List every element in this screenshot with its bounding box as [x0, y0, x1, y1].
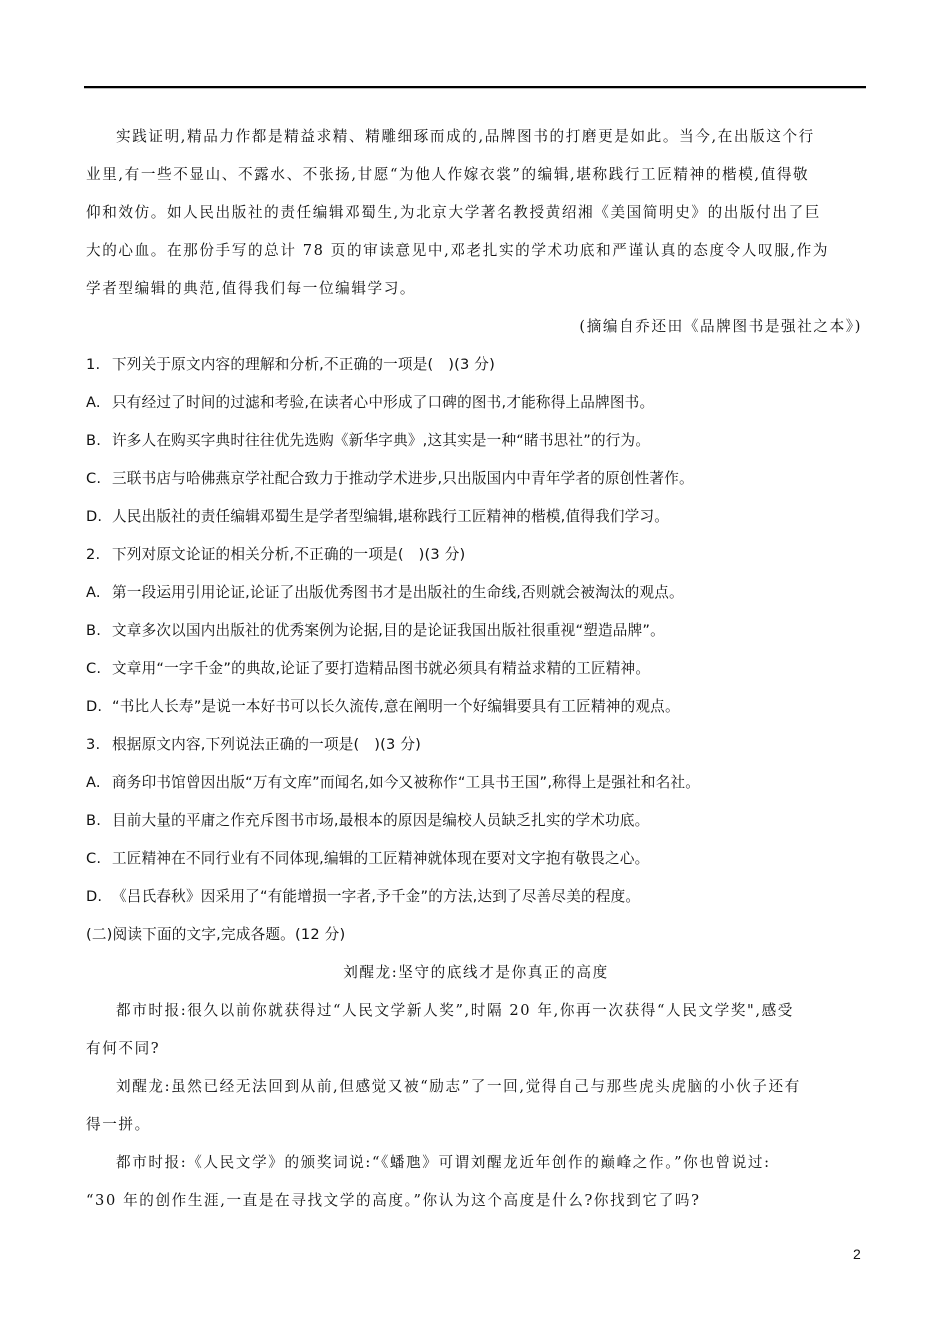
option-text: 目前大量的平庸之作充斥图书市场,最根本的原因是编校人员缺乏扎实的学术功底。 — [112, 812, 649, 829]
section-heading: (二)阅读下面的文字,完成各题。(12 分) — [86, 916, 866, 954]
option-d: D.《吕氏春秋》因采用了“有能增损一字者,予千金”的方法,达到了尽善尽美的程度。 — [86, 878, 866, 916]
option-text: 文章多次以国内出版社的优秀案例为论据,目的是论证我国出版社很重视“塑造品牌”。 — [112, 622, 665, 639]
interview-paragraph: 都市时报:《人民文学》的颁奖词说:“《蟠虺》可谓刘醒龙近年创作的巅峰之作。”你也… — [86, 1144, 866, 1220]
option-b: B.目前大量的平庸之作充斥图书市场,最根本的原因是编校人员缺乏扎实的学术功底。 — [86, 802, 866, 840]
section-two: (二)阅读下面的文字,完成各题。(12 分) 刘醒龙:坚守的底线才是你真正的高度… — [86, 916, 866, 1220]
article-title: 刘醒龙:坚守的底线才是你真正的高度 — [86, 954, 866, 992]
option-label: C. — [86, 650, 112, 688]
question-text: 根据原文内容,下列说法正确的一项是( )(3 分) — [112, 736, 421, 753]
question-number: 1. — [86, 346, 112, 384]
paragraph-line: 都市时报:很久以前你就获得过“人民文学新人奖”,时隔 20 年,你再一次获得“人… — [86, 992, 866, 1030]
paragraph-line: 得一拼。 — [86, 1106, 866, 1144]
passage-line: 学者型编辑的典范,值得我们每一位编辑学习。 — [86, 270, 866, 308]
question-number: 3. — [86, 726, 112, 764]
question-stem: 1.下列关于原文内容的理解和分析,不正确的一项是( )(3 分) — [86, 346, 866, 384]
header-rule — [84, 86, 866, 89]
option-text: 工匠精神在不同行业有不同体现,编辑的工匠精神就体现在要对文字抱有敬畏之心。 — [112, 850, 649, 867]
option-c: C.文章用“一字千金”的典故,论证了要打造精品图书就必须具有精益求精的工匠精神。 — [86, 650, 866, 688]
option-b: B.文章多次以国内出版社的优秀案例为论据,目的是论证我国出版社很重视“塑造品牌”… — [86, 612, 866, 650]
question-3: 3.根据原文内容,下列说法正确的一项是( )(3 分) A.商务印书馆曾因出版“… — [86, 726, 866, 916]
option-text: 第一段运用引用论证,论证了出版优秀图书才是出版社的生命线,否则就会被淘汰的观点。 — [112, 584, 684, 601]
option-label: D. — [86, 878, 112, 916]
option-label: C. — [86, 840, 112, 878]
question-1: 1.下列关于原文内容的理解和分析,不正确的一项是( )(3 分) A.只有经过了… — [86, 346, 866, 536]
option-d: D.“书比人长寿”是说一本好书可以长久流传,意在阐明一个好编辑要具有工匠精神的观… — [86, 688, 866, 726]
page-content: 实践证明,精品力作都是精益求精、精雕细琢而成的,品牌图书的打磨更是如此。当今,在… — [86, 118, 866, 1220]
option-text: 文章用“一字千金”的典故,论证了要打造精品图书就必须具有精益求精的工匠精神。 — [112, 660, 650, 677]
option-a: A.商务印书馆曾因出版“万有文库”而闻名,如今又被称作“工具书王国”,称得上是强… — [86, 764, 866, 802]
option-label: C. — [86, 460, 112, 498]
option-text: 人民出版社的责任编辑邓蜀生是学者型编辑,堪称践行工匠精神的楷模,值得我们学习。 — [112, 508, 669, 525]
page-number: 2 — [853, 1246, 861, 1262]
option-text: 商务印书馆曾因出版“万有文库”而闻名,如今又被称作“工具书王国”,称得上是强社和… — [112, 774, 700, 791]
option-label: B. — [86, 802, 112, 840]
question-stem: 3.根据原文内容,下列说法正确的一项是( )(3 分) — [86, 726, 866, 764]
option-text: 《吕氏春秋》因采用了“有能增损一字者,予千金”的方法,达到了尽善尽美的程度。 — [112, 888, 640, 905]
passage-source: (摘编自乔还田《品牌图书是强社之本》) — [86, 308, 866, 346]
option-c: C.工匠精神在不同行业有不同体现,编辑的工匠精神就体现在要对文字抱有敬畏之心。 — [86, 840, 866, 878]
option-label: D. — [86, 498, 112, 536]
interview-paragraph: 刘醒龙:虽然已经无法回到从前,但感觉又被“励志”了一回,觉得自己与那些虎头虎脑的… — [86, 1068, 866, 1144]
question-text: 下列对原文论证的相关分析,不正确的一项是( )(3 分) — [112, 546, 465, 563]
passage-line: 业里,有一些不显山、不露水、不张扬,甘愿“为他人作嫁衣裳”的编辑,堪称践行工匠精… — [86, 156, 866, 194]
option-d: D.人民出版社的责任编辑邓蜀生是学者型编辑,堪称践行工匠精神的楷模,值得我们学习… — [86, 498, 866, 536]
option-text: “书比人长寿”是说一本好书可以长久流传,意在阐明一个好编辑要具有工匠精神的观点。 — [112, 698, 680, 715]
question-number: 2. — [86, 536, 112, 574]
question-stem: 2.下列对原文论证的相关分析,不正确的一项是( )(3 分) — [86, 536, 866, 574]
passage-line: 大的心血。在那份手写的总计 78 页的审读意见中,邓老扎实的学术功底和严谨认真的… — [86, 232, 866, 270]
option-label: B. — [86, 612, 112, 650]
option-label: B. — [86, 422, 112, 460]
option-label: A. — [86, 574, 112, 612]
option-c: C.三联书店与哈佛燕京学社配合致力于推动学术进步,只出版国内中青年学者的原创性著… — [86, 460, 866, 498]
option-text: 三联书店与哈佛燕京学社配合致力于推动学术进步,只出版国内中青年学者的原创性著作。 — [112, 470, 694, 487]
option-label: A. — [86, 384, 112, 422]
question-text: 下列关于原文内容的理解和分析,不正确的一项是( )(3 分) — [112, 356, 495, 373]
option-label: D. — [86, 688, 112, 726]
paragraph-line: “30 年的创作生涯,一直是在寻找文学的高度。”你认为这个高度是什么?你找到它了… — [86, 1182, 866, 1220]
option-text: 只有经过了时间的过滤和考验,在读者心中形成了口碑的图书,才能称得上品牌图书。 — [112, 394, 654, 411]
passage-paragraph: 实践证明,精品力作都是精益求精、精雕细琢而成的,品牌图书的打磨更是如此。当今,在… — [86, 118, 866, 346]
passage-line: 实践证明,精品力作都是精益求精、精雕细琢而成的,品牌图书的打磨更是如此。当今,在… — [86, 118, 866, 156]
option-text: 许多人在购买字典时往往优先选购《新华字典》,这其实是一种“睹书思社”的行为。 — [112, 432, 650, 449]
paragraph-line: 刘醒龙:虽然已经无法回到从前,但感觉又被“励志”了一回,觉得自己与那些虎头虎脑的… — [86, 1068, 866, 1106]
option-a: A.只有经过了时间的过滤和考验,在读者心中形成了口碑的图书,才能称得上品牌图书。 — [86, 384, 866, 422]
option-b: B.许多人在购买字典时往往优先选购《新华字典》,这其实是一种“睹书思社”的行为。 — [86, 422, 866, 460]
paragraph-line: 有何不同? — [86, 1030, 866, 1068]
question-2: 2.下列对原文论证的相关分析,不正确的一项是( )(3 分) A.第一段运用引用… — [86, 536, 866, 726]
option-label: A. — [86, 764, 112, 802]
interview-paragraph: 都市时报:很久以前你就获得过“人民文学新人奖”,时隔 20 年,你再一次获得“人… — [86, 992, 866, 1068]
passage-line: 仰和效仿。如人民出版社的责任编辑邓蜀生,为北京大学著名教授黄绍湘《美国简明史》的… — [86, 194, 866, 232]
paragraph-line: 都市时报:《人民文学》的颁奖词说:“《蟠虺》可谓刘醒龙近年创作的巅峰之作。”你也… — [86, 1144, 866, 1182]
option-a: A.第一段运用引用论证,论证了出版优秀图书才是出版社的生命线,否则就会被淘汰的观… — [86, 574, 866, 612]
